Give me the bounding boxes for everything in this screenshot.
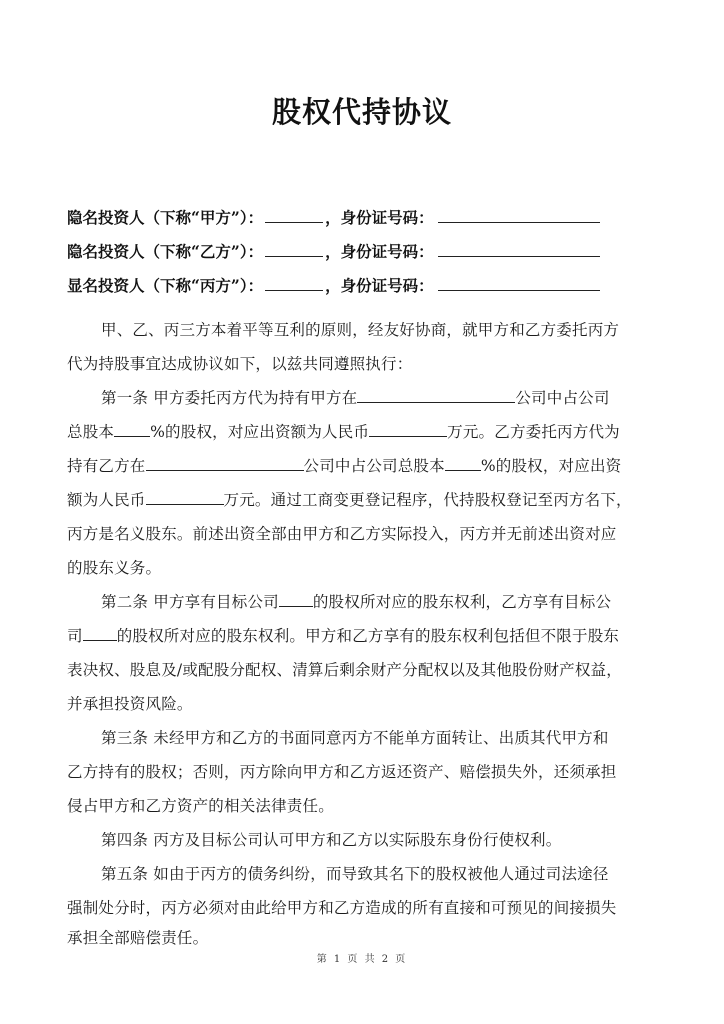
party-name-blank[interactable]	[265, 208, 323, 223]
article-heading: 第一条	[101, 389, 148, 407]
amount-blank[interactable]	[146, 490, 224, 505]
party-name-blank[interactable]	[265, 242, 323, 257]
document-title: 股权代持协议	[0, 90, 724, 131]
article-1-line-5: 丙方是名义股东。前述出资全部由甲方和乙方实际投入，丙方并无前述出资对应	[67, 522, 657, 544]
article-3-line-1: 第三条 未经甲方和乙方的书面同意丙方不能单方面转让、出质其代甲方和	[101, 726, 691, 748]
share-blank[interactable]	[83, 626, 117, 641]
id-number-blank[interactable]	[438, 276, 600, 291]
amount-blank[interactable]	[369, 422, 447, 437]
article-5-line-3: 承担全部赔偿责任。	[67, 926, 657, 948]
party-label: 显名投资人（下称“丙方”）：	[67, 276, 263, 295]
article-heading: 第五条	[101, 865, 148, 883]
party-jia: 隐名投资人（下称“甲方”）：，身份证号码：	[67, 206, 600, 228]
document-page: 股权代持协议 隐名投资人（下称“甲方”）：，身份证号码： 隐名投资人（下称“乙方…	[0, 0, 724, 1024]
article-heading: 第二条	[101, 593, 148, 611]
article-heading: 第四条	[101, 831, 148, 849]
preamble-line-2: 代为持股事宜达成协议如下，以兹共同遵照执行：	[67, 352, 657, 374]
article-2-line-1: 第二条 甲方享有目标公司的股权所对应的股东权利，乙方享有目标公	[101, 590, 691, 612]
article-5-line-1: 第五条 如由于丙方的债务纠纷，而导致其名下的股权被他人通过司法途径	[101, 862, 691, 884]
percentage-blank[interactable]	[114, 422, 150, 437]
article-2-line-4: 并承担投资风险。	[67, 692, 657, 714]
party-yi: 隐名投资人（下称“乙方”）：，身份证号码：	[67, 240, 600, 262]
article-5-line-2: 强制处分时，丙方必须对由此给甲方和乙方造成的所有直接和可预见的间接损失	[67, 896, 657, 918]
article-2-line-3: 表决权、股息及/或配股分配权、清算后剩余财产分配权以及其他股份财产权益，	[67, 658, 657, 680]
id-number-blank[interactable]	[438, 208, 600, 223]
party-bing: 显名投资人（下称“丙方”）：，身份证号码：	[67, 274, 600, 296]
article-heading: 第三条	[101, 729, 148, 747]
id-label: ，身份证号码：	[325, 276, 434, 295]
article-1-line-6: 的股东义务。	[67, 556, 657, 578]
party-label: 隐名投资人（下称“乙方”）：	[67, 242, 263, 261]
share-blank[interactable]	[279, 592, 313, 607]
id-number-blank[interactable]	[438, 242, 600, 257]
percentage-blank[interactable]	[445, 456, 481, 471]
party-name-blank[interactable]	[265, 276, 323, 291]
article-3-line-3: 侵占甲方和乙方资产的相关法律责任。	[67, 794, 657, 816]
company-name-blank[interactable]	[357, 388, 515, 403]
id-label: ，身份证号码：	[325, 242, 434, 261]
article-3-line-2: 乙方持有的股权；否则，丙方除向甲方和乙方返还资产、赔偿损失外，还须承担	[67, 760, 657, 782]
page-number: 第 1 页 共 2 页	[0, 950, 724, 965]
article-4-line-1: 第四条 丙方及目标公司认可甲方和乙方以实际股东身份行使权利。	[101, 828, 691, 850]
article-1-line-3: 持有乙方在公司中占公司总股本%的股权，对应出资	[67, 454, 657, 476]
company-name-blank[interactable]	[146, 456, 304, 471]
party-label: 隐名投资人（下称“甲方”）：	[67, 208, 263, 227]
article-1-line-1: 第一条 甲方委托丙方代为持有甲方在公司中占公司	[101, 386, 691, 408]
article-2-line-2: 司的股权所对应的股东权利。甲方和乙方享有的股东权利包括但不限于股东	[67, 624, 657, 646]
id-label: ，身份证号码：	[325, 208, 434, 227]
article-1-line-2: 总股本%的股权，对应出资额为人民币万元。乙方委托丙方代为	[67, 420, 657, 442]
preamble-line-1: 甲、乙、丙三方本着平等互利的原则，经友好协商，就甲方和乙方委托丙方	[101, 318, 691, 340]
article-1-line-4: 额为人民币万元。通过工商变更登记程序，代持股权登记至丙方名下，	[67, 488, 657, 510]
